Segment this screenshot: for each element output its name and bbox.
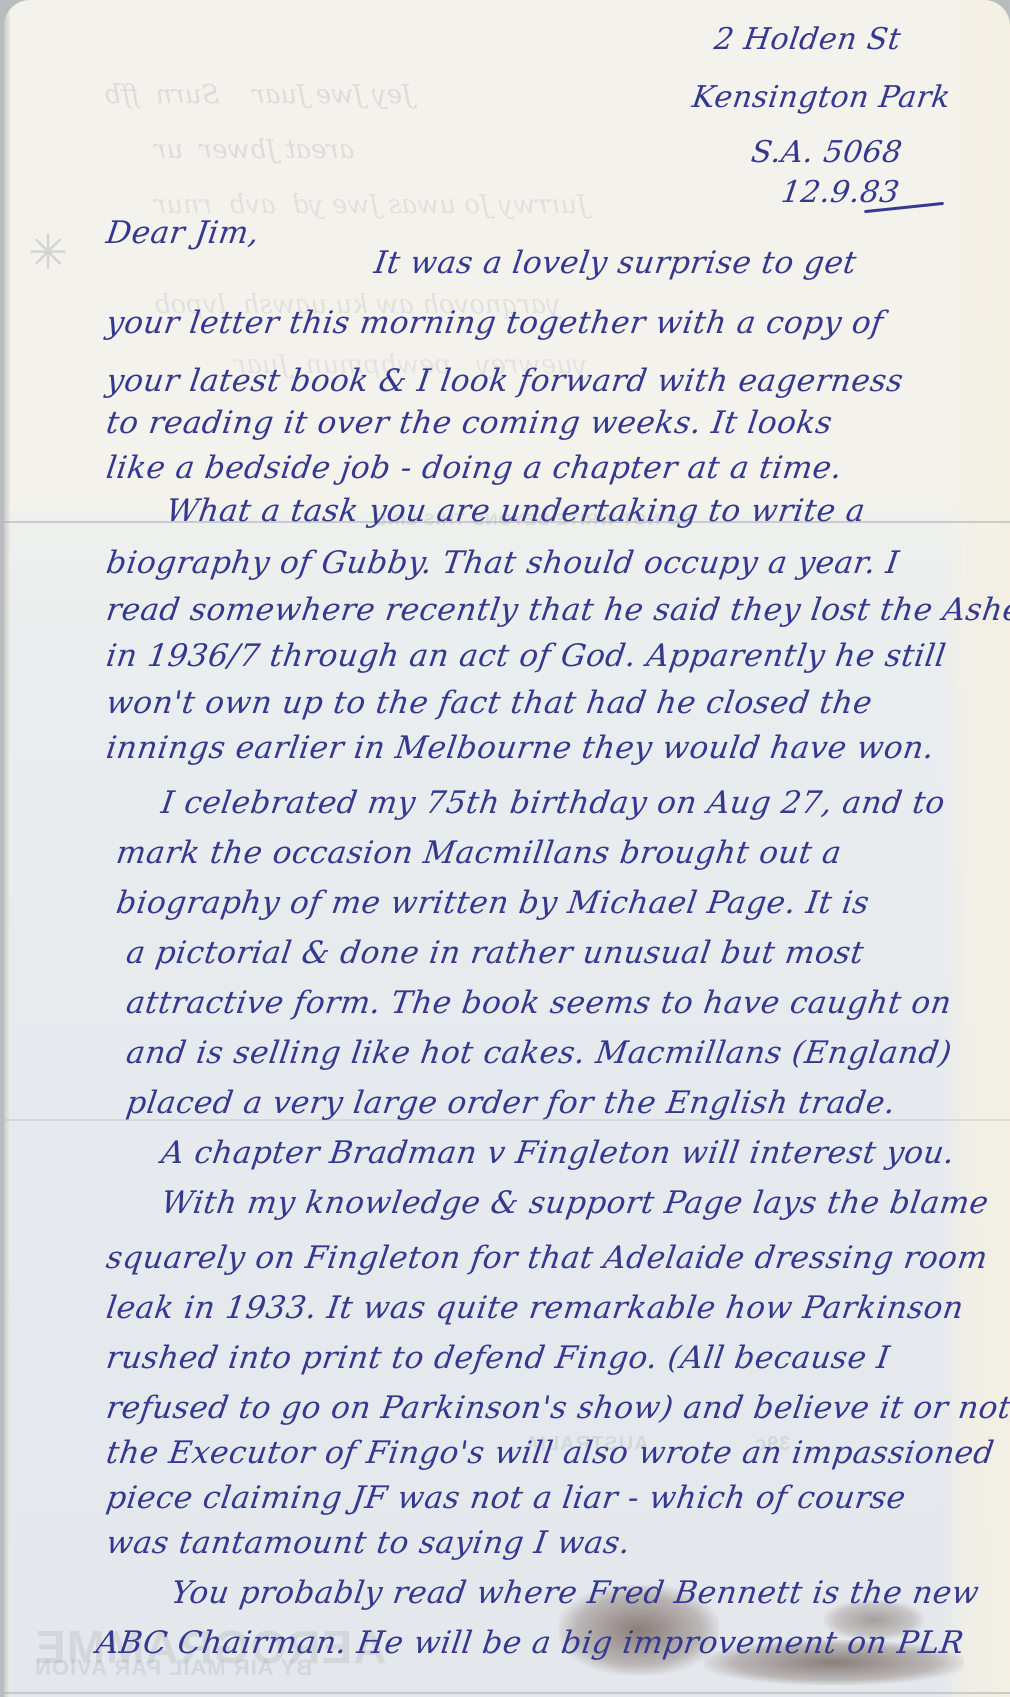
address-state-postcode: S.A. 5068 [749,135,905,170]
body-line: refused to go on Parkinson's show) and b… [104,1390,1010,1426]
fold-line-lower [4,1692,1010,1694]
body-line: leak in 1933. It was quite remarkable ho… [104,1290,966,1326]
body-line: It was a lovely surprise to get [372,245,859,281]
body-line: What a task you are undertaking to write… [164,493,868,529]
body-line: placed a very large order for the Englis… [124,1085,898,1121]
body-line: piece claiming JF was not a liar - which… [104,1480,908,1516]
body-line: to reading it over the coming weeks. It … [104,405,835,441]
body-line: in 1936/7 through an act of God. Apparen… [104,638,948,674]
body-line: rushed into print to defend Fingo. (All … [104,1340,892,1376]
body-line: read somewhere recently that he said the… [104,592,1010,628]
body-line: a pictorial & done in rather unusual but… [124,935,866,971]
body-line: ABC Chairman. He will be a big improveme… [94,1625,966,1661]
body-line: squarely on Fingleton for that Adelaide … [104,1240,990,1276]
body-line: won't own up to the fact that had he clo… [104,685,875,721]
body-line: attractive form. The book seems to have … [124,985,954,1021]
address-street: 2 Holden St [712,22,903,57]
body-line: biography of Gubby. That should occupy a… [104,545,901,581]
salutation: Dear Jim, [104,215,262,251]
show-through-handwriting: Jey Jwe Juar Surn ffb [104,80,418,110]
body-line: your letter this morning together with a… [104,305,886,341]
body-line: like a bedside job - doing a chapter at … [104,450,845,486]
sheet-left-edge [4,0,10,1697]
letter-date: 12.9.83 [779,175,902,210]
body-line: You probably read where Fred Bennett is … [169,1575,981,1611]
address-suburb: Kensington Park [690,80,953,115]
body-line: and is selling like hot cakes. Macmillan… [124,1035,954,1071]
show-through-handwriting: areat Jbwer ur [154,135,354,165]
body-line: A chapter Bradman v Fingleton will inter… [159,1135,957,1171]
letter-sheet: Jey Jwe Juar Surn ffb areat Jbwer ur Jur… [4,0,1010,1697]
body-line: biography of me written by Michael Page.… [114,885,872,921]
body-line: the Executor of Fingo's will also wrote … [104,1435,997,1471]
body-line: your latest book & I look forward with e… [104,363,906,399]
body-line: was tantamount to saying I was. [104,1525,633,1561]
body-line: innings earlier in Melbourne they would … [104,730,937,766]
body-line: I celebrated my 75th birthday on Aug 27,… [159,785,947,821]
pencil-asterisk-mark: ✳ [28,225,68,281]
body-line: With my knowledge & support Page lays th… [159,1185,991,1221]
body-line: mark the occasion Macmillans brought out… [114,835,844,871]
